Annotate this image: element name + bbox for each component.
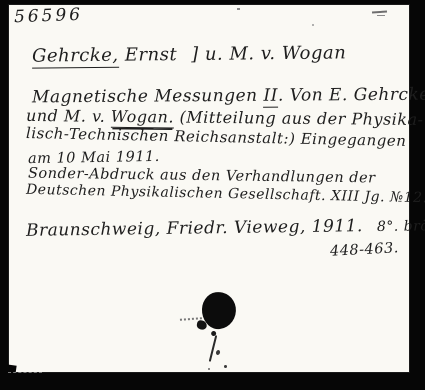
pencil-scratch-mark bbox=[377, 15, 385, 16]
title-volume-numeral: II bbox=[263, 86, 278, 108]
author-addition: ] u. M. v. Wogan bbox=[191, 42, 346, 65]
received-date-line: am 10 Mai 1911. bbox=[28, 149, 160, 167]
title-line-1: Magnetische Messungen II. Von E. Gehrcke bbox=[32, 85, 425, 108]
ink-speck bbox=[224, 365, 227, 368]
coauthor-prefix: und M. v. bbox=[26, 106, 111, 126]
page-range: 448-463. bbox=[330, 240, 400, 260]
note-start: (Mitteilung aus der Physika- bbox=[174, 107, 424, 129]
ink-drip-line bbox=[209, 335, 217, 362]
author-heading: Gehrcke, Ernst] u. M. v. Wogan bbox=[32, 42, 346, 66]
corner-dashed-mark bbox=[8, 372, 42, 374]
author-surname: Gehrcke, bbox=[32, 45, 119, 69]
pencil-scratch-mark bbox=[372, 10, 387, 13]
index-card: 56596 Gehrcke, Ernst] u. M. v. Wogan Mag… bbox=[8, 4, 410, 373]
author-forename: Ernst bbox=[125, 44, 178, 66]
scan-speck bbox=[312, 24, 314, 26]
imprint-line: Braunschweig, Friedr. Vieweg, 1911.8°. b… bbox=[26, 215, 425, 241]
ink-speck bbox=[215, 349, 220, 355]
imprint-publisher: Braunschweig, Friedr. Vieweg, 1911. bbox=[26, 216, 363, 241]
title-text: Magnetische Messungen bbox=[32, 86, 264, 108]
scanned-catalog-card-image: 56596 Gehrcke, Ernst] u. M. v. Wogan Mag… bbox=[0, 0, 425, 390]
ink-blot bbox=[200, 290, 239, 331]
scan-speck bbox=[237, 8, 240, 10]
title-byline: . Von E. Gehrcke bbox=[278, 85, 425, 106]
call-number: 56596 bbox=[14, 5, 84, 27]
ink-speck bbox=[208, 368, 210, 370]
format-note: 8°. brö. bbox=[377, 218, 425, 235]
